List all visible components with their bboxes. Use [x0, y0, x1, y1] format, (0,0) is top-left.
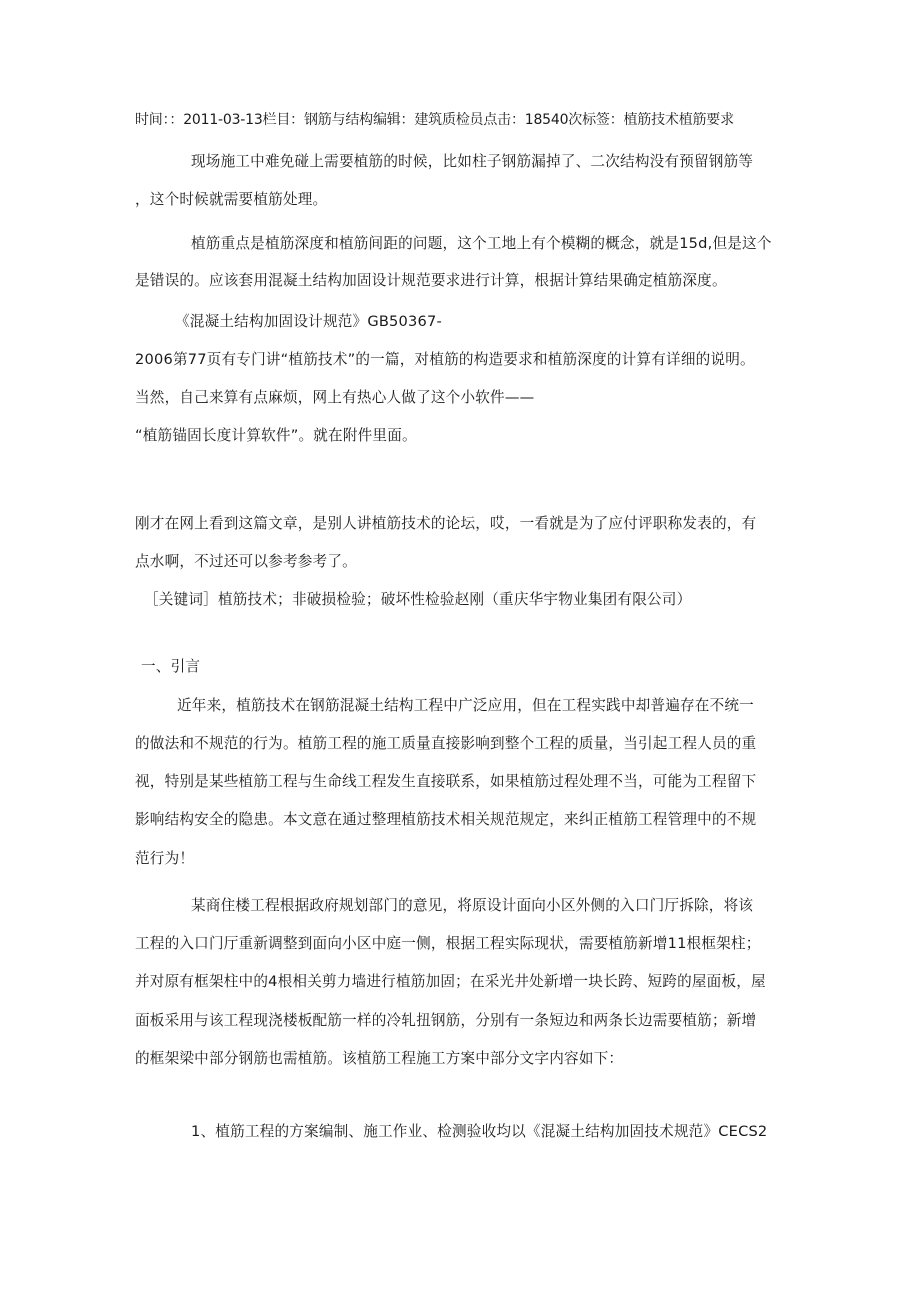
article-meta-line: 时间：：2011-03-13栏目：钢筋与结构编辑：建筑质检员点击：18540次标… [135, 110, 734, 130]
intro-line-8: “植筋锚固长度计算软件”。就在附件里面。 [135, 426, 417, 446]
intro-line-3: 植筋重点是植筋深度和植筋间距的问题，这个工地上有个模糊的概念，就是15d,但是这… [191, 234, 772, 254]
comment-line-2: 点水啊，不过还可以参考参考了。 [135, 552, 357, 572]
paragraph-1-line-4: 影响结构安全的隐患。本文意在通过整理植筋技术相关规范规定，来纠正植筋工程管理中的… [135, 810, 756, 830]
intro-line-7: 当然，自己来算有点麻烦，网上有热心人做了这个小软件—— [135, 388, 534, 408]
paragraph-2-line-5: 的框架梁中部分钢筋也需植筋。该植筋工程施工方案中部分文字内容如下： [135, 1049, 623, 1069]
intro-line-4: 是错误的。应该套用混凝土结构加固设计规范要求进行计算，根据计算结果确定植筋深度。 [135, 271, 727, 291]
paragraph-2-line-3: 并对原有框架柱中的4根相关剪力墙进行植筋加固；在采光井处新增一块长跨、短跨的屋面… [135, 972, 766, 992]
paragraph-2-line-1: 某商住楼工程根据政府规划部门的意见，将原设计面向小区外侧的入口门厅拆除，将该 [191, 896, 753, 916]
intro-line-6: 2006第77页有专门讲“植筋技术”的一篇，对植筋的构造要求和植筋深度的计算有详… [135, 350, 755, 370]
comment-line-1: 刚才在网上看到这篇文章，是别人讲植筋技术的论坛，哎，一看就是为了应付评职称发表的… [135, 514, 756, 534]
paragraph-2-line-2: 工程的入口门厅重新调整到面向小区中庭一侧，根据工程实际现状，需要植筋新增11根框… [135, 934, 761, 954]
keywords-line: ［关键词］植筋技术；非破损检验；破坏性检验赵刚（重庆华宇物业集团有限公司） [144, 590, 691, 610]
paragraph-1-line-2: 的做法和不规范的行为。植筋工程的施工质量直接影响到整个工程的质量，当引起工程人员… [135, 734, 756, 754]
paragraph-1-line-3: 视，特别是某些植筋工程与生命线工程发生直接联系，如果植筋过程处理不当，可能为工程… [135, 772, 756, 792]
intro-line-5: 《混凝土结构加固设计规范》GB50367- [175, 312, 442, 332]
list-item-1: 1、植筋工程的方案编制、施工作业、检测验收均以《混凝土结构加固技术规范》CECS… [191, 1122, 767, 1142]
document-page: 时间：：2011-03-13栏目：钢筋与结构编辑：建筑质检员点击：18540次标… [0, 0, 920, 1302]
section-heading: 一、引言 [141, 657, 200, 677]
paragraph-1-line-5: 范行为！ [135, 849, 194, 869]
intro-line-2: ，这个时候就需要植筋处理。 [135, 190, 327, 210]
paragraph-2-line-4: 面板采用与该工程现浇楼板配筋一样的冷轧扭钢筋，分别有一条短边和两条长边需要植筋；… [135, 1011, 756, 1031]
intro-line-1: 现场施工中难免碰上需要植筋的时候，比如柱子钢筋漏掉了、二次结构没有预留钢筋等 [191, 152, 753, 172]
paragraph-1-line-1: 近年来，植筋技术在钢筋混凝土结构工程中广泛应用，但在工程实践中却普遍存在不统一 [177, 696, 754, 716]
